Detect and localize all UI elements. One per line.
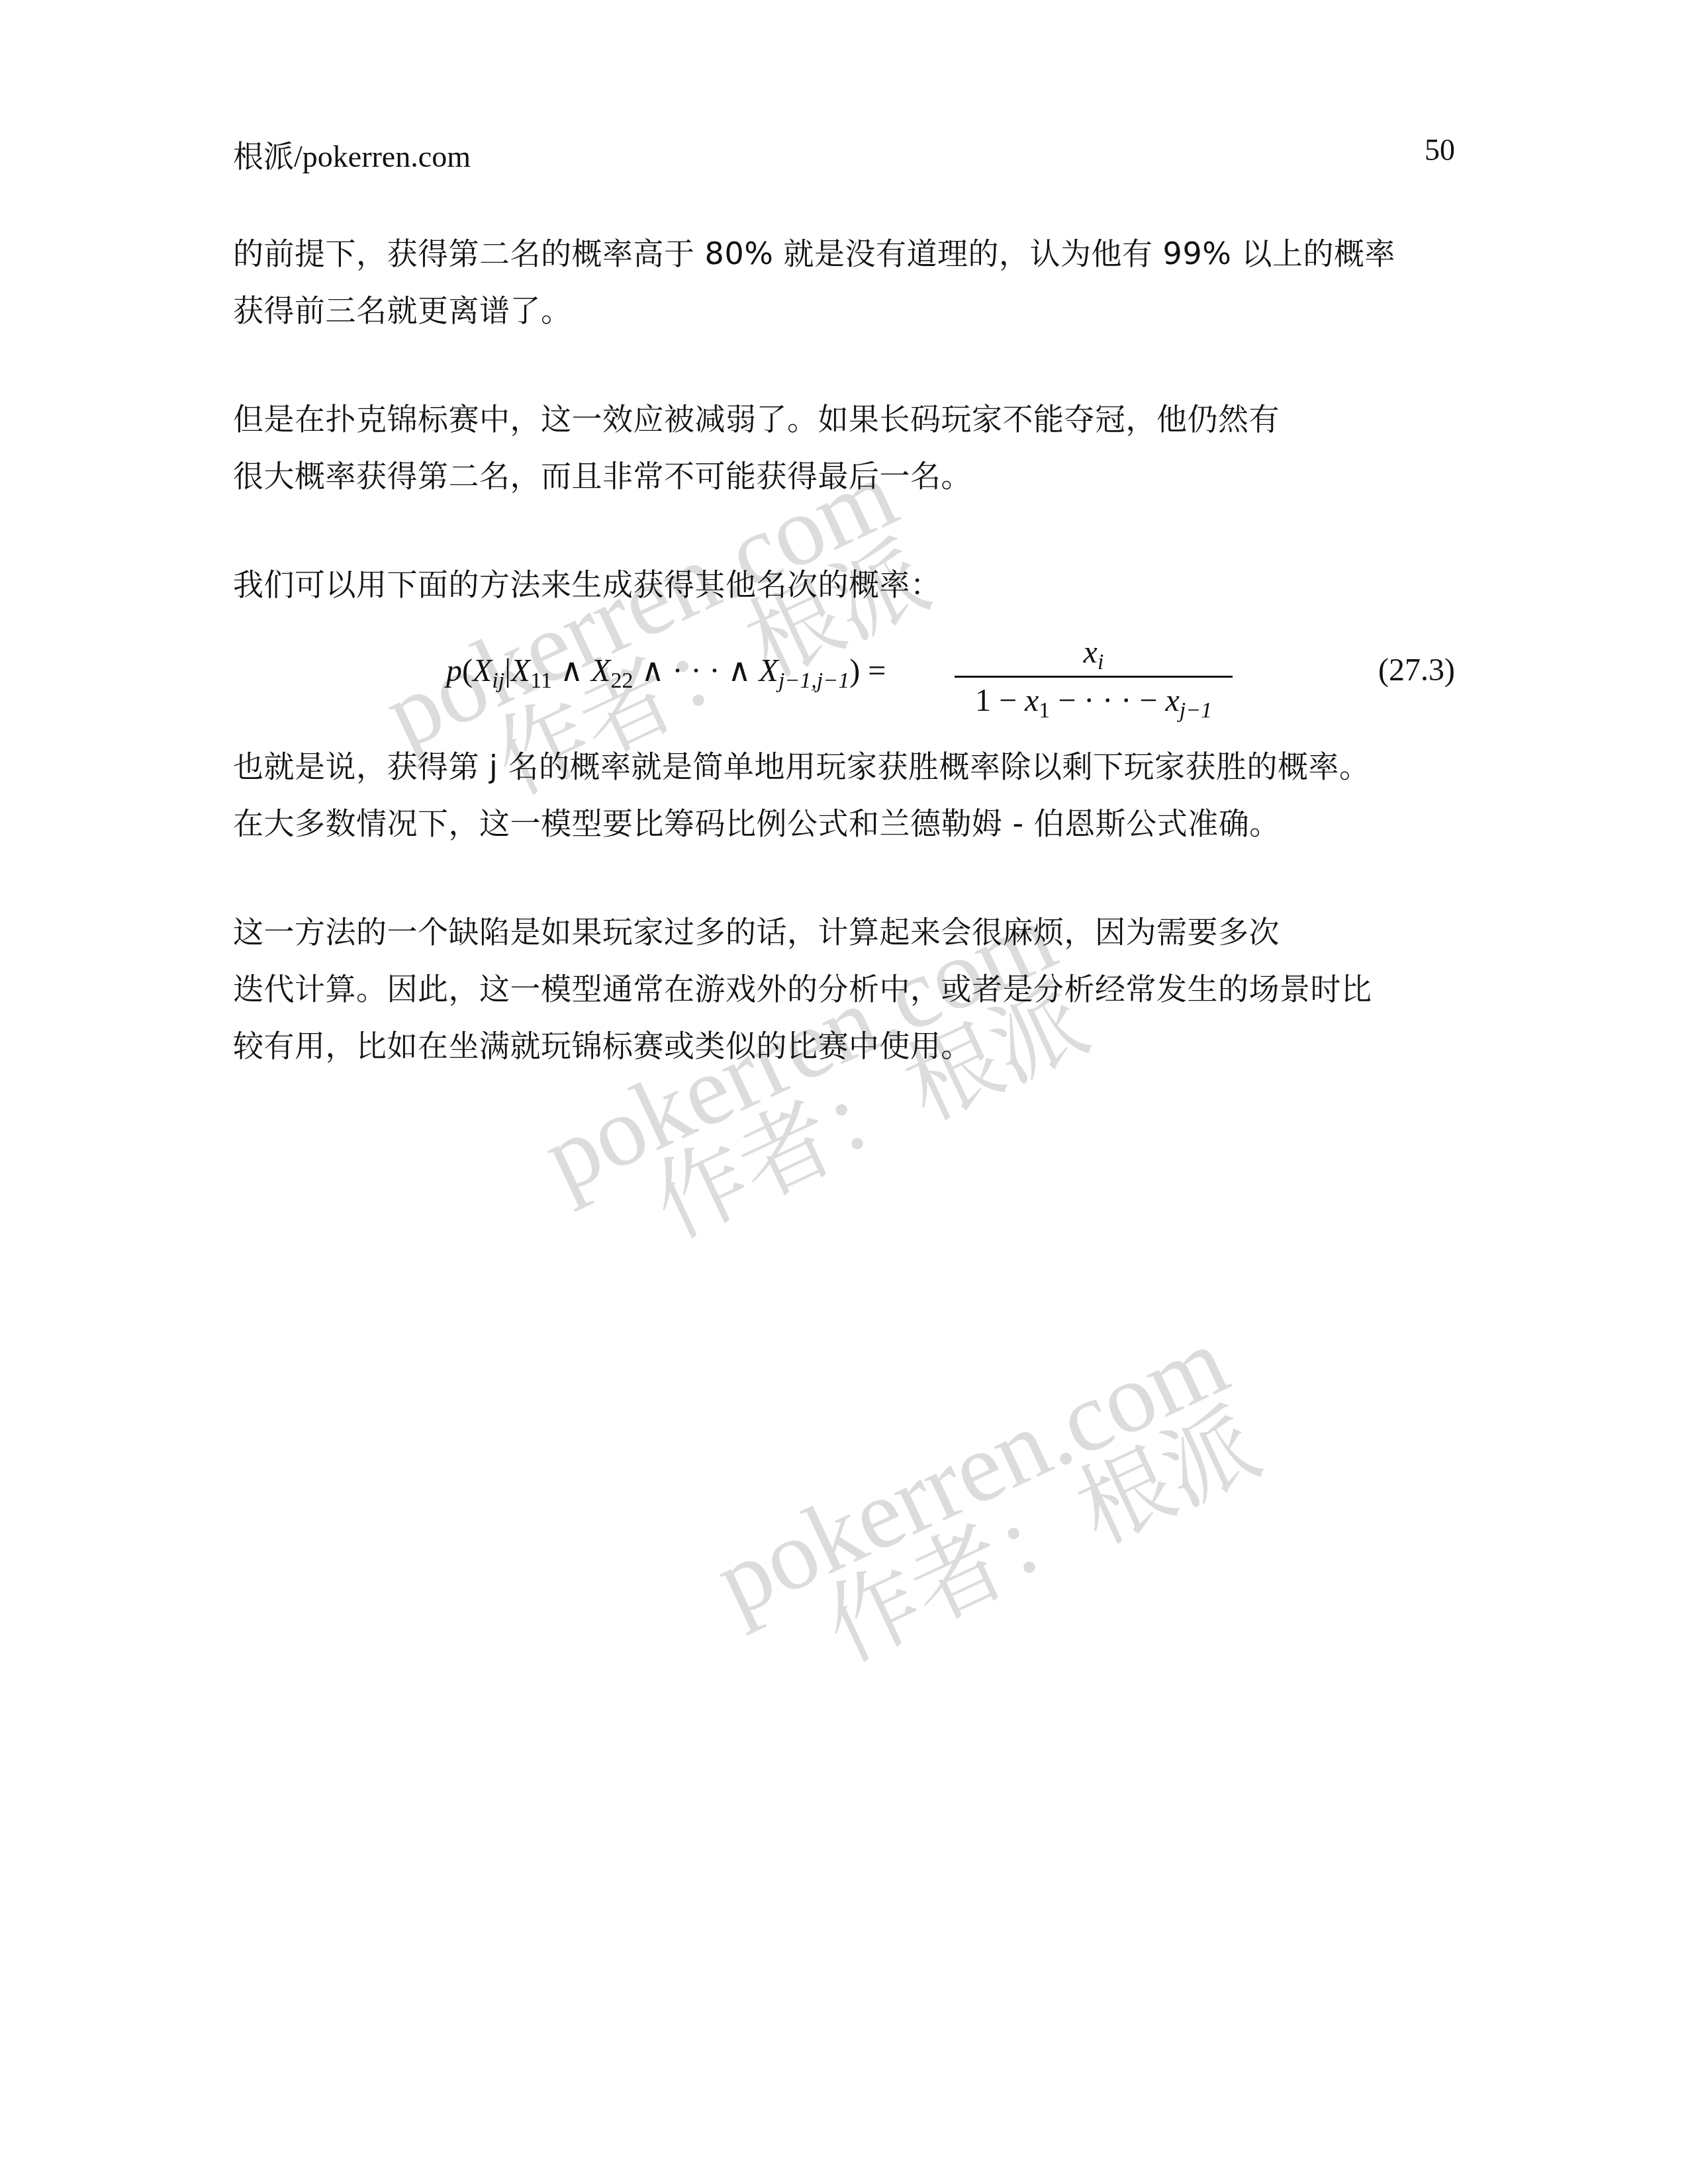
watermark-url: pokerren.com xyxy=(702,1310,1241,1632)
paragraph-2: 但是在扑克锦标赛中，这一效应被减弱了。如果长码玩家不能夺冠，他仍然有 很大概率获… xyxy=(233,390,1455,504)
text-line: 但是在扑克锦标赛中，这一效应被减弱了。如果长码玩家不能夺冠，他仍然有 xyxy=(233,390,1455,447)
paragraph-5: 这一方法的一个缺陷是如果玩家过多的话，计算起来会很麻烦，因为需要多次 迭代计算。… xyxy=(233,903,1455,1074)
watermark-author: 作者：根派 xyxy=(813,1394,1278,1676)
watermark-3: pokerren.com 作者：根派 xyxy=(702,1310,1277,1710)
text-line: 获得前三名就更离谱了。 xyxy=(233,282,1455,339)
equation-number: (27.3) xyxy=(1378,652,1455,688)
text-line: 的前提下，获得第二名的概率高于 80% 就是没有道理的，认为他有 99% 以上的… xyxy=(233,225,1455,282)
page-header: 根派/pokerren.com 50 xyxy=(233,132,1455,172)
page-number: 50 xyxy=(1425,132,1455,167)
equation-numerator: xi xyxy=(955,632,1233,673)
text-line: 很大概率获得第二名，而且非常不可能获得最后一名。 xyxy=(233,447,1455,504)
text-line: 也就是说，获得第 j 名的概率就是简单地用玩家获胜概率除以剩下玩家获胜的概率。 xyxy=(233,738,1455,795)
text-line: 这一方法的一个缺陷是如果玩家过多的话，计算起来会很麻烦，因为需要多次 xyxy=(233,903,1455,960)
paragraph-4: 也就是说，获得第 j 名的概率就是简单地用玩家获胜概率除以剩下玩家获胜的概率。 … xyxy=(233,738,1455,852)
paragraph-1: 的前提下，获得第二名的概率高于 80% 就是没有道理的，认为他有 99% 以上的… xyxy=(233,225,1455,339)
text-line: 在大多数情况下，这一模型要比筹码比例公式和兰德勒姆 - 伯恩斯公式准确。 xyxy=(233,795,1455,852)
equation-denominator: 1 − x1 − · · · − xj−1 xyxy=(955,680,1233,721)
text-line: 迭代计算。因此，这一模型通常在游戏外的分析中，或者是分析经常发生的场景时比 xyxy=(233,960,1455,1017)
running-title: 根派/pokerren.com xyxy=(233,132,471,176)
text-line: 较有用，比如在坐满就玩锦标赛或类似的比赛中使用。 xyxy=(233,1017,1455,1074)
equation-27-3: p(Xij|X11 ∧ X22 ∧ · · · ∧ Xj−1,j−1) = xi… xyxy=(233,632,1455,725)
paragraph-3: 我们可以用下面的方法来生成获得其他名次的概率： xyxy=(233,556,1455,613)
equation-lhs: p(Xij|X11 ∧ X22 ∧ · · · ∧ Xj−1,j−1) = xyxy=(446,652,886,694)
document-page: pokerren.com 作者：根派 pokerren.com 作者：根派 po… xyxy=(0,0,1688,2184)
text-line: 我们可以用下面的方法来生成获得其他名次的概率： xyxy=(233,556,1455,613)
equation-fraction: xi 1 − x1 − · · · − xj−1 xyxy=(955,632,1233,721)
fraction-bar xyxy=(955,676,1233,678)
